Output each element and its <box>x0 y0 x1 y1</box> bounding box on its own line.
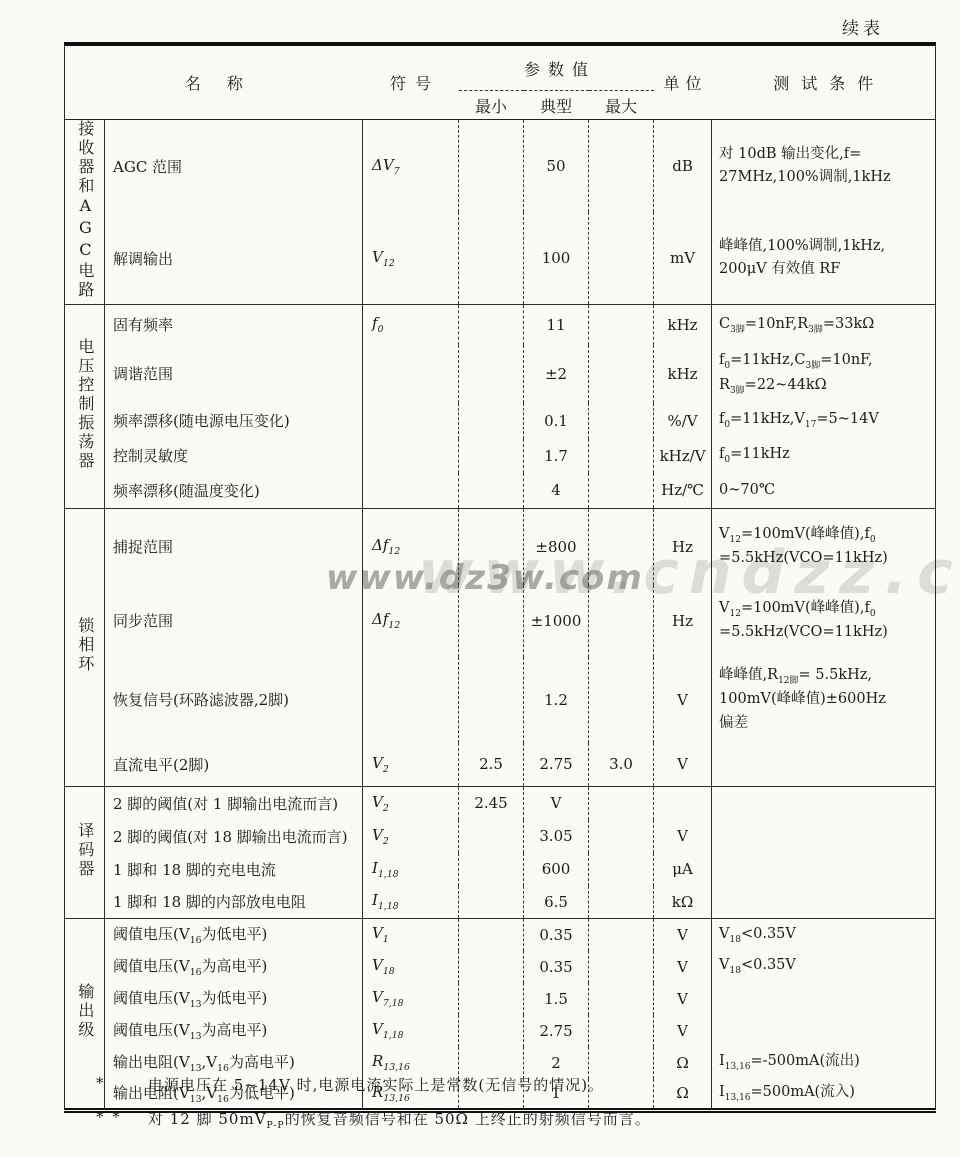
cell-unit: V <box>654 820 712 853</box>
cell-typ: 2.75 <box>524 1015 589 1047</box>
table-row: 1 脚和 18 脚的充电电流I1,18600μA <box>65 853 936 886</box>
table-group: 译码器2 脚的阈值(对 1 脚输出电流而言)V22.45V2 脚的阈值(对 18… <box>65 787 936 919</box>
header-unit: 单位 <box>654 44 712 120</box>
cell-name: 调谐范围 <box>105 345 363 403</box>
cell-typ: 1.5 <box>524 983 589 1015</box>
footnote-text: 对 12 脚 50mVP-P的恢复音频信号和在 50Ω 上终止的射频信号而言。 <box>148 1108 936 1131</box>
cell-name: 频率漂移(随温度变化) <box>105 473 363 509</box>
cell-cond <box>712 983 936 1015</box>
cell-max <box>589 473 654 509</box>
cell-unit: kΩ <box>654 886 712 919</box>
group-label: 接收器和AGC电路 <box>65 120 105 305</box>
cell-symbol: Δf12 <box>363 509 459 585</box>
cell-symbol <box>363 403 459 439</box>
cell-cond <box>712 886 936 919</box>
cell-typ: 600 <box>524 853 589 886</box>
header-symbol: 符号 <box>363 44 459 120</box>
cell-name: 1 脚和 18 脚的充电电流 <box>105 853 363 886</box>
cell-cond <box>712 743 936 787</box>
cell-min <box>459 403 524 439</box>
group-label: 译码器 <box>65 787 105 919</box>
cell-unit: V <box>654 951 712 983</box>
cell-max <box>589 403 654 439</box>
cell-name: 1 脚和 18 脚的内部放电电阻 <box>105 886 363 919</box>
cell-unit: μA <box>654 853 712 886</box>
cell-name: 解调输出 <box>105 212 363 305</box>
cell-cond: 峰峰值,R12脚= 5.5kHz, 100mV(峰峰值)±600Hz 偏差 <box>712 657 936 743</box>
cell-typ: 0.1 <box>524 403 589 439</box>
cell-unit: V <box>654 657 712 743</box>
cell-unit: V <box>654 919 712 951</box>
cell-symbol <box>363 345 459 403</box>
cell-cond: 0~70℃ <box>712 473 936 509</box>
cell-cond: f0=11kHz,V17=5~14V <box>712 403 936 439</box>
group-label: 电压控制振荡器 <box>65 305 105 509</box>
cell-typ: 100 <box>524 212 589 305</box>
cell-cond <box>712 787 936 820</box>
table-row: 频率漂移(随电源电压变化)0.1%/Vf0=11kHz,V17=5~14V <box>65 403 936 439</box>
cell-cond: f0=11kHz,C3脚=10nF, R3脚=22~44kΩ <box>712 345 936 403</box>
parameter-table: 名称 符号 参数值 单位 测试条件 最小 典型 最大 接收器和AGC电路AGC … <box>64 42 936 1113</box>
table-header: 名称 符号 参数值 单位 测试条件 最小 典型 最大 <box>65 44 936 120</box>
table-group: 锁相环捕捉范围Δf12±800HzV12=100mV(峰峰值),f0 =5.5k… <box>65 509 936 787</box>
cell-typ: 11 <box>524 305 589 345</box>
cell-unit: Hz/℃ <box>654 473 712 509</box>
cell-typ: 50 <box>524 120 589 213</box>
cell-typ: 6.5 <box>524 886 589 919</box>
cell-cond: V18<0.35V <box>712 951 936 983</box>
cell-min <box>459 345 524 403</box>
cell-min: 2.5 <box>459 743 524 787</box>
cell-symbol: Δf12 <box>363 585 459 657</box>
cell-symbol: V18 <box>363 951 459 983</box>
cell-max <box>589 951 654 983</box>
header-min: 最小 <box>459 91 524 120</box>
cell-symbol: V1 <box>363 919 459 951</box>
cell-max <box>589 983 654 1015</box>
cell-unit: kHz <box>654 345 712 403</box>
group-label-text: 接收器和AGC电路 <box>76 120 93 300</box>
cell-symbol: V2 <box>363 820 459 853</box>
footnote-marker: * <box>64 1074 148 1095</box>
table-row: 控制灵敏度1.7kHz/Vf0=11kHz <box>65 439 936 473</box>
cell-name: 阈值电压(V13为低电平) <box>105 983 363 1015</box>
cell-max <box>589 585 654 657</box>
cell-name: 频率漂移(随电源电压变化) <box>105 403 363 439</box>
cell-cond <box>712 1015 936 1047</box>
cell-cond: 峰峰值,100%调制,1kHz, 200μV 有效值 RF <box>712 212 936 305</box>
group-label-text: 译码器 <box>76 822 93 879</box>
cell-typ: ±800 <box>524 509 589 585</box>
footnotes: *电源电压在 5~14V 时,电源电流实际上是常数(无信号的情况)。* *对 1… <box>64 1074 936 1144</box>
table-row: 恢复信号(环路滤波器,2脚)1.2V峰峰值,R12脚= 5.5kHz, 100m… <box>65 657 936 743</box>
cell-unit: V <box>654 983 712 1015</box>
table-row: 同步范围Δf12±1000HzV12=100mV(峰峰值),f0 =5.5kHz… <box>65 585 936 657</box>
cell-name: 固有频率 <box>105 305 363 345</box>
cell-name: 阈值电压(V16为低电平) <box>105 919 363 951</box>
cell-min <box>459 820 524 853</box>
cell-typ: 0.35 <box>524 919 589 951</box>
cell-name: AGC 范围 <box>105 120 363 213</box>
cell-cond: 对 10dB 输出变化,f= 27MHz,100%调制,1kHz <box>712 120 936 213</box>
cell-unit: Hz <box>654 509 712 585</box>
cell-max <box>589 212 654 305</box>
cell-max <box>589 509 654 585</box>
cell-unit: mV <box>654 212 712 305</box>
header-test-conditions: 测试条件 <box>712 44 936 120</box>
group-label: 锁相环 <box>65 509 105 787</box>
cell-symbol <box>363 473 459 509</box>
cell-cond: C3脚=10nF,R3脚=33kΩ <box>712 305 936 345</box>
cell-min <box>459 657 524 743</box>
cell-unit: V <box>654 743 712 787</box>
header-row-1: 名称 符号 参数值 单位 测试条件 <box>65 44 936 91</box>
cell-min <box>459 1015 524 1047</box>
header-typ: 典型 <box>524 91 589 120</box>
cell-typ: 3.05 <box>524 820 589 853</box>
cell-min <box>459 853 524 886</box>
cell-cond: V12=100mV(峰峰值),f0 =5.5kHz(VCO=11kHz) <box>712 585 936 657</box>
cell-symbol: V2 <box>363 743 459 787</box>
cell-unit <box>654 787 712 820</box>
header-parameter-value: 参数值 <box>459 44 654 91</box>
cell-typ: 2.75 <box>524 743 589 787</box>
cell-max <box>589 120 654 213</box>
cell-min <box>459 886 524 919</box>
group-label-text: 锁相环 <box>76 617 93 674</box>
cell-name: 2 脚的阈值(对 18 脚输出电流而言) <box>105 820 363 853</box>
table-row: 译码器2 脚的阈值(对 1 脚输出电流而言)V22.45V <box>65 787 936 820</box>
header-max: 最大 <box>589 91 654 120</box>
table-row: 1 脚和 18 脚的内部放电电阻I1,186.5kΩ <box>65 886 936 919</box>
table-row: 电压控制振荡器固有频率f011kHzC3脚=10nF,R3脚=33kΩ <box>65 305 936 345</box>
table-group: 电压控制振荡器固有频率f011kHzC3脚=10nF,R3脚=33kΩ调谐范围±… <box>65 305 936 509</box>
table-row: 阈值电压(V16为高电平)V180.35VV18<0.35V <box>65 951 936 983</box>
cell-symbol: V2 <box>363 787 459 820</box>
cell-symbol <box>363 439 459 473</box>
cell-max <box>589 1015 654 1047</box>
cell-cond <box>712 820 936 853</box>
cell-min: 2.45 <box>459 787 524 820</box>
footnote: * *对 12 脚 50mVP-P的恢复音频信号和在 50Ω 上终止的射频信号而… <box>64 1108 936 1131</box>
cell-name: 控制灵敏度 <box>105 439 363 473</box>
cell-cond: f0=11kHz <box>712 439 936 473</box>
cell-typ: V <box>524 787 589 820</box>
cell-name: 2 脚的阈值(对 1 脚输出电流而言) <box>105 787 363 820</box>
table-row: 锁相环捕捉范围Δf12±800HzV12=100mV(峰峰值),f0 =5.5k… <box>65 509 936 585</box>
table-group: 接收器和AGC电路AGC 范围ΔV750dB对 10dB 输出变化,f= 27M… <box>65 120 936 305</box>
footnote: *电源电压在 5~14V 时,电源电流实际上是常数(无信号的情况)。 <box>64 1074 936 1095</box>
cell-symbol <box>363 657 459 743</box>
cell-unit: kHz/V <box>654 439 712 473</box>
cell-max <box>589 886 654 919</box>
table-row: 2 脚的阈值(对 18 脚输出电流而言)V23.05V <box>65 820 936 853</box>
cell-cond: V18<0.35V <box>712 919 936 951</box>
cell-min <box>459 919 524 951</box>
cell-min <box>459 305 524 345</box>
table-row: 接收器和AGC电路AGC 范围ΔV750dB对 10dB 输出变化,f= 27M… <box>65 120 936 213</box>
cell-typ: 1.2 <box>524 657 589 743</box>
cell-symbol: V1,18 <box>363 1015 459 1047</box>
cell-typ: 1.7 <box>524 439 589 473</box>
cell-max <box>589 305 654 345</box>
cell-cond <box>712 853 936 886</box>
table-row: 阈值电压(V13为低电平)V7,181.5V <box>65 983 936 1015</box>
cell-symbol: f0 <box>363 305 459 345</box>
table-row: 输出级阈值电压(V16为低电平)V10.35VV18<0.35V <box>65 919 936 951</box>
cell-name: 阈值电压(V16为高电平) <box>105 951 363 983</box>
cell-typ: 4 <box>524 473 589 509</box>
cell-typ: ±2 <box>524 345 589 403</box>
cell-min <box>459 120 524 213</box>
cell-min <box>459 439 524 473</box>
cell-max <box>589 345 654 403</box>
cell-name: 直流电平(2脚) <box>105 743 363 787</box>
cell-min <box>459 212 524 305</box>
table-row: 调谐范围±2kHzf0=11kHz,C3脚=10nF, R3脚=22~44kΩ <box>65 345 936 403</box>
table-row: 阈值电压(V13为高电平)V1,182.75V <box>65 1015 936 1047</box>
cell-max <box>589 853 654 886</box>
cell-name: 阈值电压(V13为高电平) <box>105 1015 363 1047</box>
cell-max <box>589 439 654 473</box>
table-row: 解调输出V12100mV峰峰值,100%调制,1kHz, 200μV 有效值 R… <box>65 212 936 305</box>
cell-min <box>459 951 524 983</box>
cell-unit: V <box>654 1015 712 1047</box>
cell-max <box>589 919 654 951</box>
cell-name: 恢复信号(环路滤波器,2脚) <box>105 657 363 743</box>
cell-symbol: V12 <box>363 212 459 305</box>
cell-max <box>589 657 654 743</box>
cell-unit: kHz <box>654 305 712 345</box>
cell-cond: V12=100mV(峰峰值),f0 =5.5kHz(VCO=11kHz) <box>712 509 936 585</box>
cell-min <box>459 983 524 1015</box>
table-row: 频率漂移(随温度变化)4Hz/℃0~70℃ <box>65 473 936 509</box>
cell-name: 捕捉范围 <box>105 509 363 585</box>
cell-max <box>589 820 654 853</box>
cell-unit: %/V <box>654 403 712 439</box>
group-label-text: 电压控制振荡器 <box>76 338 93 471</box>
cell-typ: ±1000 <box>524 585 589 657</box>
header-name: 名称 <box>65 44 363 120</box>
footnote-text: 电源电压在 5~14V 时,电源电流实际上是常数(无信号的情况)。 <box>148 1074 936 1095</box>
scanned-datasheet-page: 续表 www.cndzz.com www.dz3w.com 名称 符号 参数值 … <box>0 0 960 1157</box>
group-label-text: 输出级 <box>76 983 93 1040</box>
cell-min <box>459 585 524 657</box>
cell-min <box>459 473 524 509</box>
table-row: 直流电平(2脚)V22.52.753.0V <box>65 743 936 787</box>
cell-unit: Hz <box>654 585 712 657</box>
cell-symbol: V7,18 <box>363 983 459 1015</box>
cell-max: 3.0 <box>589 743 654 787</box>
cell-symbol: I1,18 <box>363 886 459 919</box>
cell-max <box>589 787 654 820</box>
cell-min <box>459 509 524 585</box>
cell-name: 同步范围 <box>105 585 363 657</box>
cell-symbol: I1,18 <box>363 853 459 886</box>
continued-table-label: 续表 <box>842 14 884 39</box>
footnote-marker: * * <box>64 1108 148 1131</box>
cell-symbol: ΔV7 <box>363 120 459 213</box>
cell-unit: dB <box>654 120 712 213</box>
cell-typ: 0.35 <box>524 951 589 983</box>
